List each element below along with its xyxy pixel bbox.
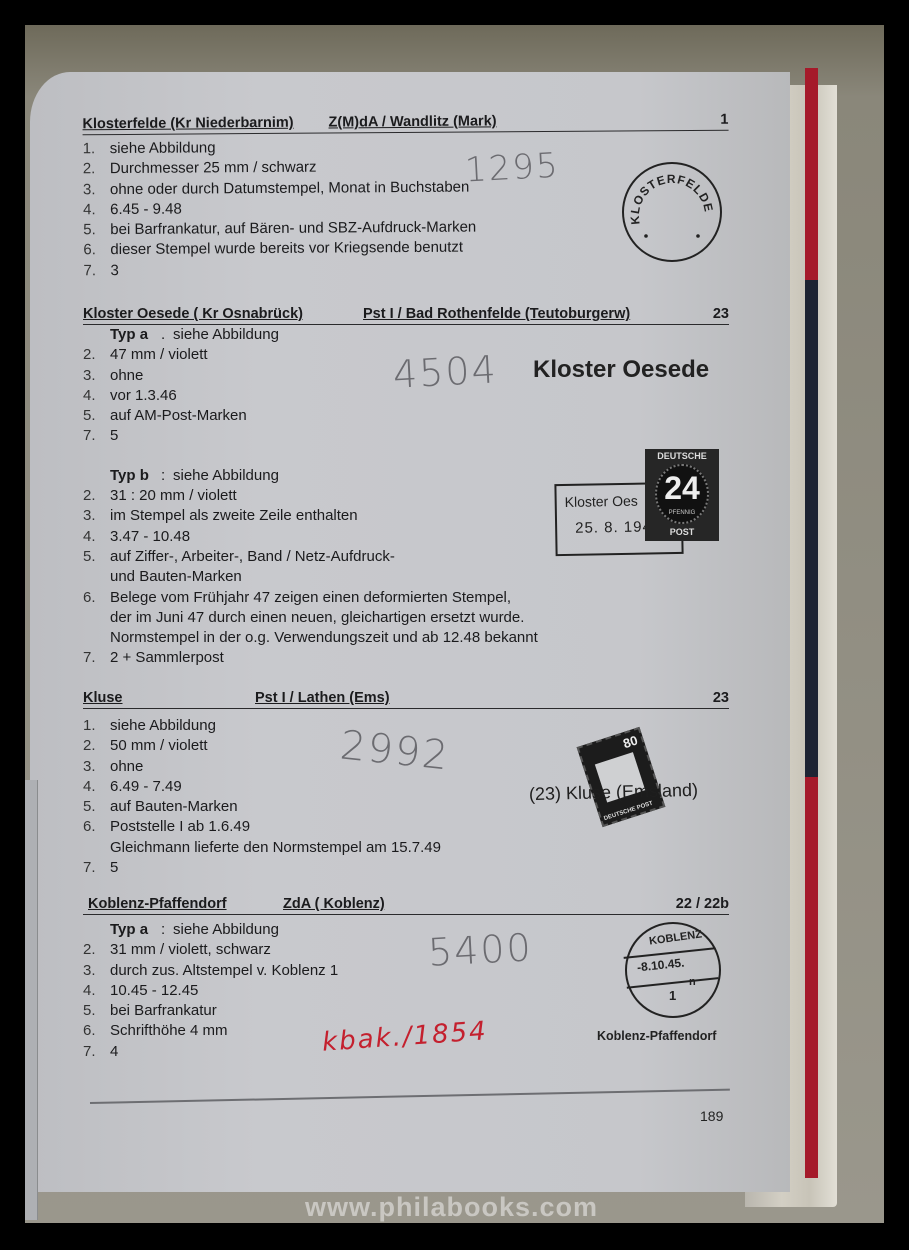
item-number: 2. (83, 737, 109, 754)
item-number: 7. (83, 262, 109, 279)
postage-stamp-24: DEUTSCHE 24 PFENNIG POST (645, 449, 719, 541)
item-text: Belege vom Frühjahr 47 zeigen einen defo… (110, 589, 511, 606)
item-number: 2. (83, 941, 109, 958)
item-number: 7. (83, 649, 109, 666)
klosterfelde-stamp: KLOSTERFELDE (622, 162, 722, 262)
item-number: 3. (83, 181, 109, 198)
item-number: 6. (83, 818, 109, 835)
list-item: und Bauten-Marken (83, 568, 729, 588)
item-text: bei Barfrankatur (110, 1002, 217, 1019)
place-name: Koblenz-Pfaffendorf (88, 896, 227, 912)
type-label: Typ b (110, 467, 149, 484)
list-item: 6.Belege vom Frühjahr 47 zeigen einen de… (83, 589, 729, 609)
office-name: Pst I / Bad Rothenfelde (Teutoburgerw) (363, 306, 630, 322)
list-item: Typ a:siehe Abbildung (83, 921, 729, 941)
list-item: 5.auf AM-Post-Marken (83, 407, 729, 427)
postage-stamp-value: 80 (621, 733, 639, 752)
place-name: Kluse (83, 690, 123, 706)
postage-stamp-value: 24 (657, 466, 707, 510)
list-item: 6.Poststelle I ab 1.6.49 (83, 818, 729, 838)
item-text: 3.47 - 10.48 (110, 528, 190, 545)
item-text: vor 1.3.46 (110, 387, 177, 404)
item-number: 4. (83, 201, 109, 218)
item-text: Normstempel in der o.g. Verwendungszeit … (110, 629, 538, 646)
kluse-stamp-text: (23) Kluse (Emsland) (529, 780, 699, 805)
item-number: 4. (83, 528, 109, 545)
entry-header: Kloster Oesede ( Kr Osnabrück) Pst I / B… (83, 302, 729, 325)
stamp-line-1: Kloster Oes (565, 493, 638, 510)
item-number: 6. (83, 1022, 109, 1039)
item-text: 31 : 20 mm / violett (110, 487, 237, 504)
koblenz-stamp: KOBLENZ -8.10.45. 1 n (625, 922, 721, 1018)
item-text: 5 (110, 859, 118, 876)
stamp-top-text: KOBLENZ (648, 928, 702, 947)
postal-code: 1 (720, 112, 728, 128)
list-item: 7.5 (83, 427, 729, 447)
item-number: 2. (83, 487, 109, 504)
item-text: im Stempel als zweite Zeile enthalten (110, 507, 358, 524)
entry-header: Kluse Pst I / Lathen (Ems) 23 (83, 686, 729, 709)
list-item: 7.2 + Sammlerpost (83, 649, 729, 669)
item-number: 4. (83, 778, 109, 795)
postage-stamp-bottom: POST (645, 527, 719, 537)
office-name: Z(M)dA / Wandlitz (Mark) (328, 113, 496, 130)
item-text: siehe Abbildung (110, 717, 216, 734)
item-number: 3. (83, 367, 109, 384)
item-text: 10.45 - 12.45 (110, 982, 198, 999)
place-name: Klosterfelde (Kr Niederbarnim) (82, 115, 293, 132)
item-text: auf AM-Post-Marken (110, 407, 247, 424)
item-text: 4 (110, 1043, 118, 1060)
place-name: Kloster Oesede ( Kr Osnabrück) (83, 306, 303, 322)
list-item: Normstempel in der o.g. Verwendungszeit … (83, 629, 729, 649)
list-item: Typ a.siehe Abbildung (83, 326, 729, 346)
postage-stamp-unit: PFENNIG (657, 510, 707, 516)
item-text: 3 (110, 262, 118, 279)
item-text: ohne (110, 758, 143, 775)
item-text: 31 mm / violett, schwarz (110, 941, 271, 958)
item-number: 5. (83, 798, 109, 815)
handwritten-number: 4504 (392, 347, 499, 396)
watermark: www.philabooks.com (305, 1192, 598, 1223)
item-number: 3. (83, 758, 109, 775)
svg-text:KLOSTERFELDE: KLOSTERFELDE (628, 172, 716, 225)
postal-code: 23 (713, 690, 729, 706)
item-text: siehe Abbildung (173, 921, 279, 938)
list-item: 5.bei Barfrankatur (83, 1002, 729, 1022)
item-text: Gleichmann lieferte den Normstempel am 1… (110, 839, 441, 856)
type-label: Typ a (110, 326, 148, 343)
postage-stamp-value-ring: 24 PFENNIG (655, 464, 709, 524)
postal-code: 22 / 22b (676, 896, 729, 912)
item-text: 47 mm / violett (110, 346, 208, 363)
item-text: ohne oder durch Datumstempel, Monat in B… (110, 178, 470, 198)
item-text: siehe Abbildung (110, 139, 216, 157)
list-item: Gleichmann lieferte den Normstempel am 1… (83, 839, 729, 859)
item-number: 1. (83, 140, 109, 157)
item-text: auf Ziffer-, Arbeiter-, Band / Netz-Aufd… (110, 548, 395, 565)
item-text: und Bauten-Marken (110, 568, 242, 585)
item-number: 1. (83, 717, 109, 734)
item-number: 3. (83, 507, 109, 524)
postage-stamp-top: DEUTSCHE (645, 451, 719, 461)
item-text: siehe Abbildung (173, 467, 279, 484)
item-number: 2. (83, 160, 109, 177)
item-number: 5. (83, 407, 109, 424)
item-text: Poststelle I ab 1.6.49 (110, 818, 250, 835)
item-number: 4. (83, 982, 109, 999)
entry-header: Klosterfelde (Kr Niederbarnim) Z(M)dA / … (82, 108, 728, 136)
item-text: 50 mm / violett (110, 737, 208, 754)
postal-code: 23 (713, 306, 729, 322)
type-separator: : (161, 921, 165, 938)
item-text: Durchmesser 25 mm / schwarz (110, 159, 317, 177)
oesede-type-a-stamp: Kloster Oesede (533, 356, 709, 384)
item-text: bei Barfrankatur, auf Bären- und SBZ-Auf… (110, 219, 476, 239)
list-item: 7.5 (83, 859, 729, 879)
book-cover-band (805, 280, 818, 777)
stamp-bottom-number: 1 (669, 988, 676, 1003)
item-text: siehe Abbildung (173, 326, 279, 343)
type-separator: : (161, 467, 165, 484)
office-name: Pst I / Lathen (Ems) (255, 690, 390, 706)
stamp-text-arc: KLOSTERFELDE (624, 164, 720, 260)
item-text: 6.49 - 7.49 (110, 778, 182, 795)
handwritten-number: 5400 (427, 925, 534, 974)
item-text: durch zus. Altstempel v. Koblenz 1 (110, 962, 338, 979)
item-number: 3. (83, 962, 109, 979)
item-number: 6. (83, 589, 109, 606)
page-number: 189 (700, 1108, 723, 1124)
item-number: 7. (83, 859, 109, 876)
item-text: der im Juni 47 durch einen neuen, gleich… (110, 609, 524, 626)
item-number: 6. (83, 242, 109, 259)
item-number: 7. (83, 427, 109, 444)
item-number: 5. (83, 221, 109, 238)
item-number: 5. (83, 1002, 109, 1019)
item-text: 2 + Sammlerpost (110, 649, 224, 666)
item-text: dieser Stempel wurde bereits vor Kriegse… (110, 239, 463, 258)
item-text: auf Bauten-Marken (110, 798, 238, 815)
office-name: ZdA ( Koblenz) (283, 896, 385, 912)
item-text: Schrifthöhe 4 mm (110, 1022, 228, 1039)
item-text: 6.45 - 9.48 (110, 200, 182, 218)
koblenz-stamp-caption: Koblenz-Pfaffendorf (597, 1029, 716, 1043)
handwritten-number: 1295 (464, 146, 560, 191)
previous-page-edge (25, 780, 38, 1220)
item-number: 4. (83, 387, 109, 404)
item-number: 2. (83, 346, 109, 363)
item-number: 7. (83, 1043, 109, 1060)
type-separator: . (161, 326, 165, 343)
item-text: ohne (110, 367, 143, 384)
item-number: 5. (83, 548, 109, 565)
stamp-suffix: n (689, 976, 696, 988)
item-text: 5 (110, 427, 118, 444)
list-item: der im Juni 47 durch einen neuen, gleich… (83, 609, 729, 629)
entry-header: Koblenz-Pfaffendorf ZdA ( Koblenz) 22 / … (83, 892, 729, 915)
type-label: Typ a (110, 921, 148, 938)
